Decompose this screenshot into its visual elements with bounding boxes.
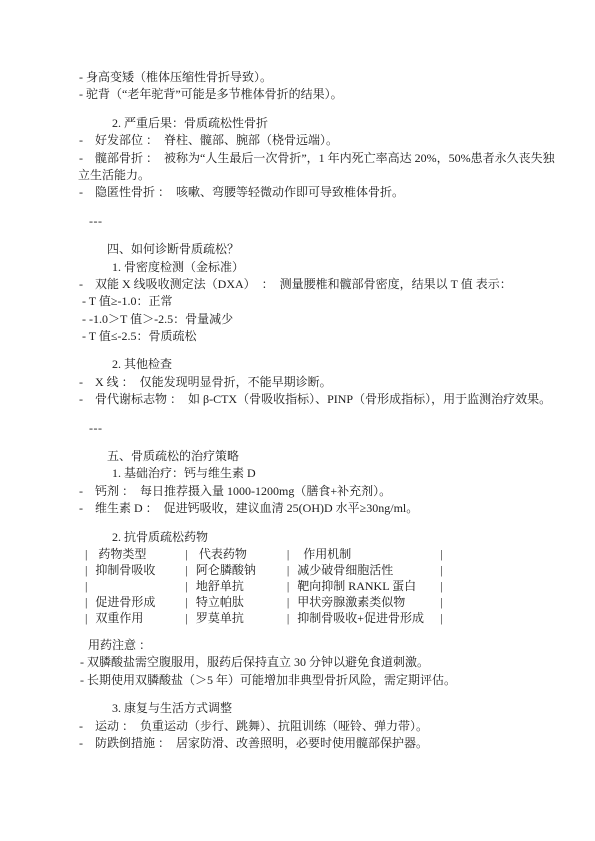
table-cell: 罗莫单抗 [188,610,287,626]
blank-line [78,409,585,420]
blank-line [78,437,585,448]
table-pipe: | [440,594,442,610]
table-cell: 地舒单抗 [188,578,287,594]
bullet-line: - 髋部骨折 ： 被称为“人生最后一次骨折”，1 年内死亡率高达 20%，50%… [78,150,585,167]
bullet-line: - 防跌倒措施 ： 居家防滑、改善照明，必要时使用髋部保护器。 [78,735,585,752]
table-pipe: | [440,578,442,594]
bullet-line: - 好发部位 ： 脊柱、髋部、腕部（桡骨远端）。 [78,132,585,149]
table-cell: 药物类型 [87,546,185,562]
separator-line: --- [78,213,585,230]
table-cell: 靶向抑制 RANKL 蛋白 [289,578,440,594]
numbered-heading: 1. 基础治疗：钙与维生素 D [78,465,585,482]
table-row: ||地舒单抗|靶向抑制 RANKL 蛋白| [78,578,585,594]
blank-line [78,104,585,115]
sub-bullet-line: - T 值≥-1.0：正常 [78,293,585,310]
table-row: |双重作用|罗莫单抗|抑制骨吸收+促进骨形成| [78,610,585,626]
bullet-line: - 维生素 D ： 促进钙吸收，建议血清 25(OH)D 水平≥30ng/ml。 [78,500,585,517]
numbered-heading: 2. 严重后果：骨质疏松性骨折 [78,115,585,132]
table-pipe: | [440,562,442,578]
table-row: |抑制骨吸收|阿仑膦酸钠|减少破骨细胞活性| [78,562,585,578]
table-cell [87,578,185,594]
blank-line [78,345,585,356]
blank-line [78,202,585,213]
label-line: 用药注意 ： [78,637,585,654]
section-heading: 四、如何诊断骨质疏松？ [78,241,585,258]
table-cell: 抑制骨吸收+促进骨形成 [289,610,440,626]
bullet-line: - 驼背（“老年驼背”可能是多节椎体骨折的结果）。 [78,86,585,103]
bullet-line: - X 线 ： 仅能发现明显骨折，不能早期诊断。 [78,374,585,391]
table-cell: 减少破骨细胞活性 [289,562,440,578]
bullet-line: - 骨代谢标志物 ： 如 β-CTX（骨吸收指标）、PINP（骨形成指标），用于… [78,391,585,408]
bullet-line: - 运动 ： 负重运动（步行、跳舞）、抗阻训练（哑铃、弹力带）。 [78,718,585,735]
table-cell: 特立帕肽 [188,594,287,610]
bullet-line: - 双膦酸盐需空腹服用，服药后保持直立 30 分钟以避免食道刺激。 [78,654,585,671]
table-pipe: | [440,546,442,562]
table-cell: 促进骨形成 [87,594,185,610]
bullet-line: - 双能 X 线吸收测定法（DXA） ： 测量腰椎和髋部骨密度，结果以 T 值 … [78,276,585,293]
document-content: - 身高变矮（椎体压缩性骨折导致）。- 驼背（“老年驼背”可能是多节椎体骨折的结… [78,69,585,752]
table-cell: 双重作用 [87,610,185,626]
text-line: 立生活能力。 [78,167,585,184]
numbered-heading: 2. 其他检查 [78,356,585,373]
table-cell: 作用机制 [289,546,440,562]
bullet-line: - 隐匿性骨折 ： 咳嗽、弯腰等轻微动作即可导致椎体骨折。 [78,184,585,201]
table-cell: 阿仑膦酸钠 [188,562,287,578]
table-cell: 代表药物 [188,546,287,562]
table-row: |促进骨形成|特立帕肽|甲状旁腺激素类似物| [78,594,585,610]
table-cell: 甲状旁腺激素类似物 [289,594,440,610]
bullet-line: - 身高变矮（椎体压缩性骨折导致）。 [78,69,585,86]
blank-line [78,689,585,700]
table-row: | 药物类型| 代表药物| 作用机制| [78,546,585,562]
numbered-heading: 2. 抗骨质疏松药物 [78,529,585,546]
section-heading: 五、骨质疏松的治疗策略 [78,448,585,465]
table-pipe: | [440,610,442,626]
bullet-line: - 钙剂 ： 每日推荐摄入量 1000-1200mg（膳食+补充剂）。 [78,483,585,500]
document-page: - 身高变矮（椎体压缩性骨折导致）。- 驼背（“老年驼背”可能是多节椎体骨折的结… [0,0,595,841]
bullet-line: - 长期使用双膦酸盐（＞5 年）可能增加非典型骨折风险，需定期评估。 [78,672,585,689]
sub-bullet-line: - T 值≤-2.5：骨质疏松 [78,328,585,345]
blank-line [78,626,585,637]
blank-line [78,518,585,529]
table-cell: 抑制骨吸收 [87,562,185,578]
numbered-heading: 3. 康复与生活方式调整 [78,700,585,717]
sub-bullet-line: - -1.0＞T 值＞-2.5：骨量减少 [78,311,585,328]
numbered-heading: 1. 骨密度检测（金标准） [78,259,585,276]
separator-line: --- [78,420,585,437]
blank-line [78,230,585,241]
